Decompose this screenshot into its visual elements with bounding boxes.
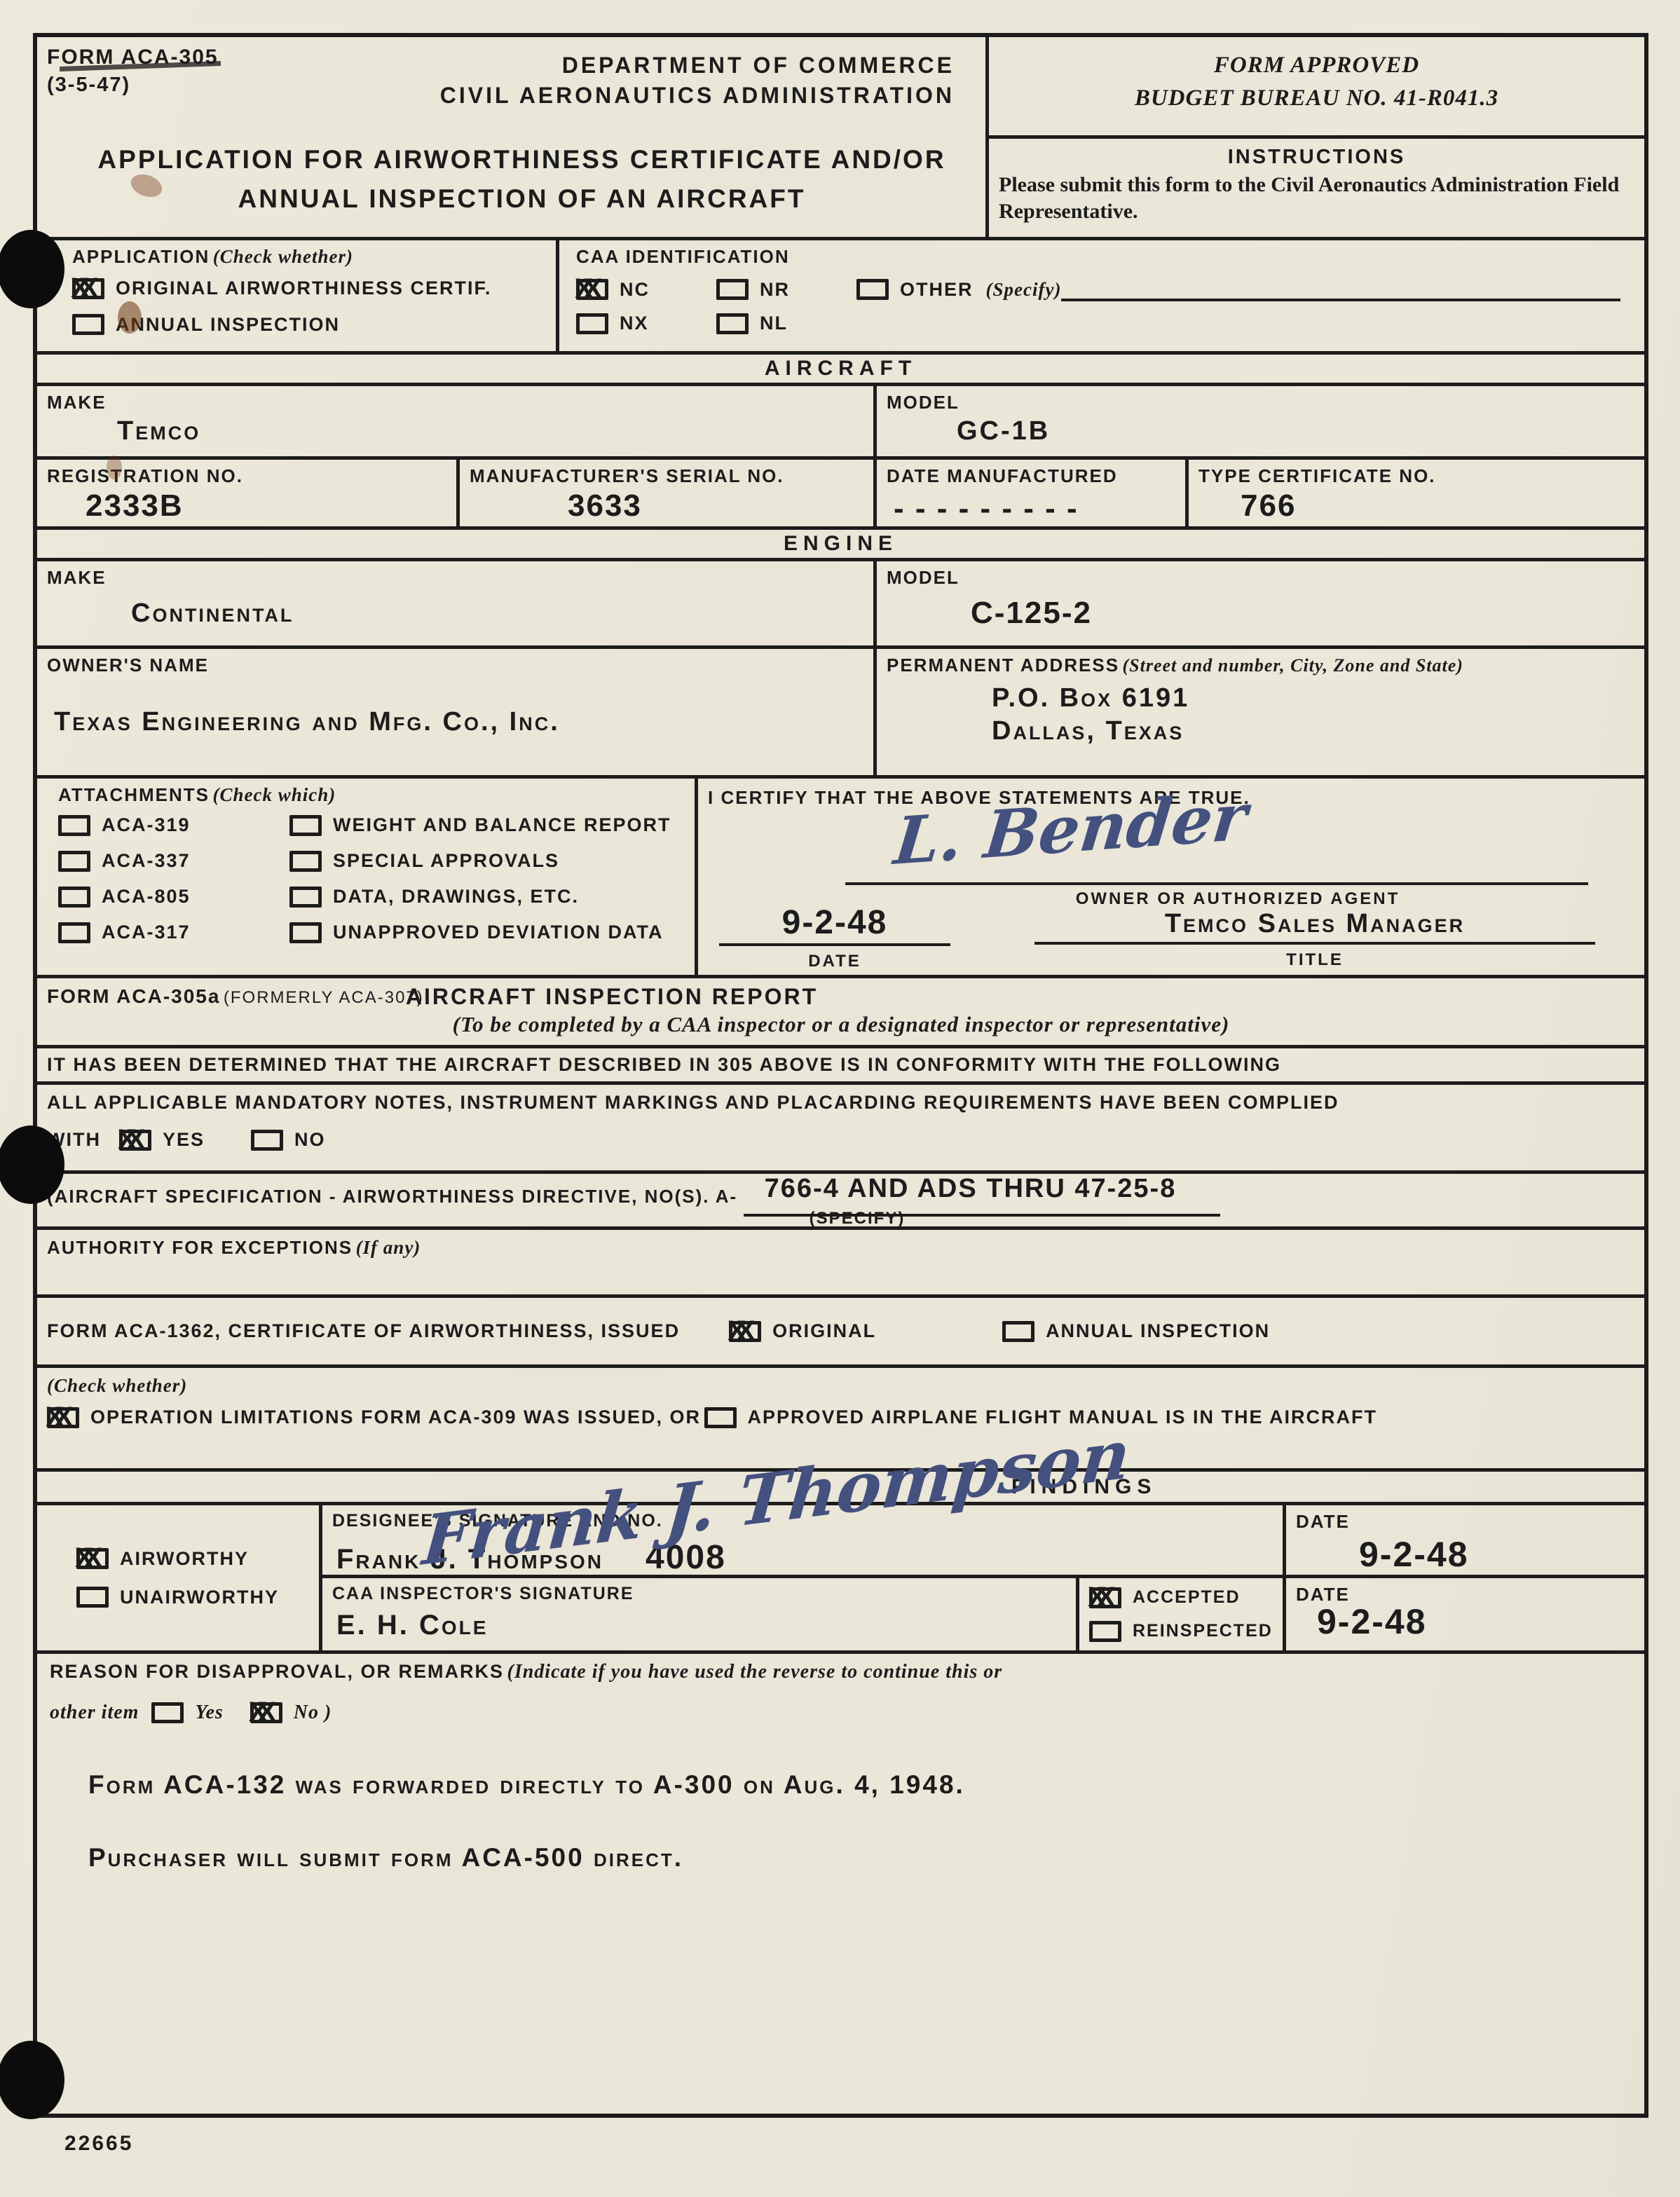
- attachments-label: ATTACHMENTS: [58, 784, 210, 805]
- checkbox-box[interactable]: XX: [47, 1407, 79, 1428]
- header-right: FORM APPROVED BUDGET BUREAU NO. 41-R041.…: [985, 37, 1644, 237]
- date-manufactured-cell: DATE MANUFACTURED - - - - - - - - -: [877, 460, 1189, 526]
- ink-stain: [107, 456, 122, 479]
- checkbox-label: UNAIRWORTHY: [120, 1587, 279, 1608]
- spec-directive-value: 766-4 AND ADS THRU 47-25-8: [765, 1174, 1177, 1203]
- checkbox-issued-original[interactable]: XXORIGINAL: [729, 1320, 876, 1342]
- check-whether-hint: (Check whether): [47, 1375, 1634, 1397]
- checkbox-box[interactable]: XX: [250, 1702, 282, 1723]
- findings-middle: DESIGNEE'S SIGNATURE AND NO. Frank J. Th…: [322, 1505, 1283, 1650]
- checkbox-nr[interactable]: NR: [716, 279, 856, 301]
- serial-value: 3633: [568, 488, 863, 523]
- certify-date-caption: DATE: [719, 952, 950, 971]
- inspection-report-header: FORM ACA-305a (FORMERLY ACA-307) AIRCRAF…: [37, 978, 1644, 1048]
- checkbox-label: NO: [294, 1129, 326, 1151]
- checkbox-operation-limitations[interactable]: XXOPERATION LIMITATIONS FORM ACA-309 WAS…: [47, 1407, 701, 1428]
- inspector-date-cell: DATE 9-2-48: [1286, 1578, 1644, 1650]
- address-line2: Dallas, Texas: [992, 716, 1634, 746]
- aca1362-label: FORM ACA-1362, CERTIFICATE OF AIRWORTHIN…: [47, 1320, 680, 1342]
- checkbox-box[interactable]: [58, 815, 90, 836]
- checkbox-nl[interactable]: NL: [716, 313, 856, 334]
- checkbox-original-airworthiness[interactable]: XX ORIGINAL AIRWORTHINESS CERTIF.: [72, 278, 492, 299]
- engine-make-model-row: MAKE Continental MODEL C-125-2: [37, 561, 1644, 649]
- authority-exceptions-row: AUTHORITY FOR EXCEPTIONS (If any): [37, 1230, 1644, 1298]
- header-left: FORM ACA-305 (3-5-47) DEPARTMENT OF COMM…: [37, 37, 985, 237]
- inspector-signature-cell: CAA INSPECTOR'S SIGNATURE E. H. Cole: [322, 1578, 1076, 1650]
- owner-name-label: OWNER'S NAME: [47, 655, 863, 676]
- inspection-report-subtitle: (To be completed by a CAA inspector or a…: [453, 1012, 1230, 1036]
- application-section: APPLICATION (Check whether) XX ORIGINAL …: [37, 240, 559, 351]
- checkbox-box[interactable]: XX: [576, 279, 608, 300]
- application-caa-row: APPLICATION (Check whether) XX ORIGINAL …: [37, 240, 1644, 355]
- checkbox-aca-337[interactable]: ACA-337: [58, 850, 289, 872]
- engine-section-header: ENGINE: [37, 530, 1644, 561]
- findings-dates: DATE 9-2-48 DATE 9-2-48: [1283, 1505, 1644, 1650]
- checkbox-mark: XX: [1088, 1582, 1105, 1613]
- checkbox-complied-no[interactable]: NO: [251, 1129, 326, 1151]
- remarks-label: REASON FOR DISAPPROVAL, OR REMARKS: [50, 1661, 504, 1682]
- address-line1: P.O. Box 6191: [992, 683, 1634, 713]
- date-manufactured-value: - - - - - - - - -: [894, 491, 1175, 526]
- authority-hint: (If any): [356, 1237, 421, 1258]
- attachments-certify-row: ATTACHMENTS (Check which) ACA-319 ACA-33…: [37, 779, 1644, 978]
- print-serial-number: 22665: [64, 2132, 133, 2156]
- form-title-line2: ANNUAL INSPECTION OF AN AIRCRAFT: [68, 184, 976, 214]
- permanent-address-label: PERMANENT ADDRESS: [887, 655, 1119, 676]
- checkbox-mark: XX: [71, 273, 88, 304]
- instructions-box: INSTRUCTIONS Please submit this form to …: [989, 139, 1644, 237]
- checkbox-box[interactable]: [289, 815, 322, 836]
- punch-hole-bottom: [0, 2041, 64, 2119]
- remarks-hint-close: ): [325, 1702, 332, 1724]
- designee-date-value: 9-2-48: [1359, 1534, 1634, 1575]
- remarks-line1: Form ACA-132 was forwarded directly to A…: [88, 1770, 1632, 1800]
- checkbox-nc[interactable]: XX NC: [576, 279, 716, 301]
- checkbox-label: NC: [620, 279, 650, 301]
- checkbox-label: UNAPPROVED DEVIATION DATA: [333, 922, 664, 943]
- compliance-line1: ALL APPLICABLE MANDATORY NOTES, INSTRUME…: [47, 1092, 1634, 1114]
- checkbox-accepted[interactable]: XXACCEPTED: [1089, 1587, 1273, 1608]
- remarks-hint2: other item: [50, 1702, 139, 1724]
- approved-line2: BUDGET BUREAU NO. 41-R041.3: [999, 85, 1634, 111]
- application-form: FORM ACA-305 (3-5-47) DEPARTMENT OF COMM…: [33, 33, 1648, 2118]
- engine-model-label: MODEL: [887, 567, 1634, 589]
- approved-stamp: FORM APPROVED BUDGET BUREAU NO. 41-R041.…: [989, 37, 1644, 139]
- checkbox-box[interactable]: [576, 313, 608, 334]
- inspector-value: E. H. Cole: [336, 1610, 1066, 1641]
- checkbox-label: OPERATION LIMITATIONS FORM ACA-309 WAS I…: [90, 1407, 701, 1428]
- aircraft-registration-row: REGISTRATION NO. 2333B MANUFACTURER'S SE…: [37, 460, 1644, 530]
- checkbox-box[interactable]: [58, 922, 90, 943]
- checkbox-box[interactable]: [716, 313, 749, 334]
- engine-model-cell: MODEL C-125-2: [877, 561, 1644, 645]
- checkbox-reverse-no[interactable]: XXNo: [250, 1702, 319, 1724]
- checkbox-box[interactable]: XX: [119, 1130, 151, 1151]
- checkbox-label: DATA, DRAWINGS, ETC.: [333, 886, 579, 908]
- serial-cell: MANUFACTURER'S SERIAL NO. 3633: [460, 460, 877, 526]
- certify-title-caption: TITLE: [1034, 950, 1595, 970]
- spec-directive-hint: (SPECIFY): [766, 1209, 948, 1228]
- checkbox-mark: XX: [728, 1315, 745, 1347]
- owner-name-value: Texas Engineering and Mfg. Co., Inc.: [54, 707, 863, 737]
- checkbox-issued-annual[interactable]: ANNUAL INSPECTION: [1002, 1320, 1270, 1342]
- checkbox-label: WEIGHT AND BALANCE REPORT: [333, 814, 671, 836]
- registration-cell: REGISTRATION NO. 2333B: [37, 460, 460, 526]
- application-hint: (Check whether): [213, 246, 353, 267]
- checkbox-complied-yes[interactable]: XXYES: [119, 1129, 205, 1151]
- certify-title-value: Temco Sales Manager: [1034, 909, 1595, 939]
- other-specify-line[interactable]: [1061, 278, 1620, 301]
- checkbox-label: AIRWORTHY: [120, 1548, 249, 1570]
- owner-address-row: OWNER'S NAME Texas Engineering and Mfg. …: [37, 649, 1644, 779]
- checkbox-label: NL: [760, 313, 788, 334]
- type-certificate-label: TYPE CERTIFICATE NO.: [1198, 465, 1634, 487]
- checkbox-box[interactable]: XX: [72, 278, 104, 299]
- instructions-title: INSTRUCTIONS: [999, 146, 1634, 169]
- certify-title-line[interactable]: [1034, 942, 1595, 945]
- checkbox-mark: XX: [249, 1697, 266, 1728]
- designee-date-label: DATE: [1296, 1511, 1634, 1533]
- checkbox-label: ACA-317: [102, 922, 191, 943]
- aircraft-section-header: AIRCRAFT: [37, 355, 1644, 386]
- determined-text: IT HAS BEEN DETERMINED THAT THE AIRCRAFT…: [37, 1054, 1281, 1076]
- checkbox-box[interactable]: [251, 1130, 283, 1151]
- serial-label: MANUFACTURER'S SERIAL NO.: [470, 465, 863, 487]
- checkbox-label: YES: [163, 1129, 205, 1151]
- checkbox-nx[interactable]: NX: [576, 313, 716, 334]
- caa-identification-section: CAA IDENTIFICATION XX NC NR OTHER (Speci…: [559, 240, 1644, 351]
- airworthy-cell: XXAIRWORTHY UNAIRWORTHY: [37, 1505, 322, 1650]
- checkbox-label: OTHER: [900, 279, 974, 301]
- attachments-hint: (Check which): [212, 784, 336, 805]
- aircraft-model-label: MODEL: [887, 392, 1634, 413]
- checkbox-box[interactable]: [856, 279, 889, 300]
- checkbox-label: ACA-337: [102, 850, 191, 872]
- owner-signature-caption: OWNER OR AUTHORIZED AGENT: [992, 889, 1483, 909]
- engine-make-cell: MAKE Continental: [37, 561, 877, 645]
- checkbox-label: ACA-319: [102, 814, 191, 836]
- checkbox-airworthy[interactable]: XXAIRWORTHY: [76, 1548, 309, 1570]
- checkbox-mark: XX: [575, 273, 592, 305]
- checkbox-box[interactable]: [704, 1407, 737, 1428]
- checkbox-box[interactable]: XX: [76, 1548, 109, 1569]
- checkbox-box[interactable]: [58, 851, 90, 872]
- checkbox-label: SPECIAL APPROVALS: [333, 850, 559, 872]
- approved-line1: FORM APPROVED: [999, 53, 1634, 78]
- form-revision: (3-5-47): [47, 74, 219, 97]
- checkbox-box[interactable]: [72, 314, 104, 335]
- checkbox-label: NX: [620, 313, 649, 334]
- checkbox-reinspected[interactable]: REINSPECTED: [1089, 1621, 1273, 1642]
- checkbox-weight-balance[interactable]: WEIGHT AND BALANCE REPORT: [289, 814, 685, 836]
- punch-hole-middle: [0, 1125, 64, 1204]
- checkbox-aca-317[interactable]: ACA-317: [58, 922, 289, 943]
- checkbox-box[interactable]: [58, 887, 90, 908]
- designee-signature-cell: DESIGNEE'S SIGNATURE AND NO. Frank J. Th…: [322, 1505, 1283, 1578]
- checkbox-box[interactable]: [1089, 1621, 1121, 1642]
- ink-stain: [118, 301, 142, 334]
- inspector-row: CAA INSPECTOR'S SIGNATURE E. H. Cole XXA…: [322, 1578, 1283, 1650]
- type-certificate-value: 766: [1241, 488, 1634, 523]
- permanent-address-hint: (Street and number, City, Zone and State…: [1123, 655, 1463, 676]
- inspector-date-value: 9-2-48: [1317, 1601, 1634, 1642]
- aircraft-make-label: MAKE: [47, 392, 863, 413]
- checkbox-label: ORIGINAL AIRWORTHINESS CERTIF.: [116, 278, 492, 299]
- aircraft-make-value: Temco: [117, 416, 863, 446]
- certify-date-line[interactable]: [719, 943, 950, 946]
- aircraft-model-value: GC-1B: [957, 416, 1634, 446]
- certify-date-field: 9-2-48 DATE: [719, 903, 950, 971]
- checkbox-label: NR: [760, 279, 790, 301]
- spec-directive-row: (AIRCRAFT SPECIFICATION - AIRWORTHINESS …: [37, 1174, 1644, 1230]
- permanent-address-cell: PERMANENT ADDRESS (Street and number, Ci…: [877, 649, 1644, 775]
- application-label: APPLICATION: [72, 246, 210, 267]
- checkbox-label: No: [294, 1702, 319, 1724]
- checkbox-label: Yes: [195, 1702, 223, 1724]
- aircraft-make-cell: MAKE Temco: [37, 386, 877, 456]
- findings-table: XXAIRWORTHY UNAIRWORTHY DESIGNEE'S SIGNA…: [37, 1505, 1644, 1654]
- checkbox-box[interactable]: [151, 1702, 184, 1723]
- checkbox-mark: XX: [118, 1124, 135, 1156]
- punch-hole-top: [0, 230, 64, 308]
- authority-label: AUTHORITY FOR EXCEPTIONS: [47, 1237, 353, 1258]
- checkbox-box[interactable]: XX: [1089, 1587, 1121, 1608]
- certify-date-value: 9-2-48: [719, 903, 950, 942]
- checkbox-label: ACA-805: [102, 886, 191, 908]
- aircraft-model-cell: MODEL GC-1B: [877, 386, 1644, 456]
- compliance-row: ALL APPLICABLE MANDATORY NOTES, INSTRUME…: [37, 1085, 1644, 1174]
- engine-make-value: Continental: [131, 598, 863, 629]
- checkbox-reverse-yes[interactable]: Yes: [151, 1702, 223, 1724]
- checkbox-box[interactable]: [289, 887, 322, 908]
- aircraft-make-model-row: MAKE Temco MODEL GC-1B: [37, 386, 1644, 460]
- checkbox-label: ACCEPTED: [1133, 1587, 1241, 1608]
- attachments-section: ATTACHMENTS (Check which) ACA-319 ACA-33…: [37, 779, 698, 975]
- remarks-section: REASON FOR DISAPPROVAL, OR REMARKS (Indi…: [37, 1654, 1644, 2114]
- checkbox-aca-805[interactable]: ACA-805: [58, 886, 289, 908]
- owner-signature-line[interactable]: [845, 882, 1588, 885]
- date-manufactured-label: DATE MANUFACTURED: [887, 465, 1175, 487]
- checkbox-label: REINSPECTED: [1133, 1621, 1273, 1641]
- checkbox-mark: XX: [46, 1402, 63, 1433]
- checkbox-box[interactable]: [289, 851, 322, 872]
- checkbox-unapproved-deviation[interactable]: UNAPPROVED DEVIATION DATA: [289, 922, 685, 943]
- inspection-report-title: AIRCRAFT INSPECTION REPORT: [37, 984, 1187, 1010]
- checkbox-data-drawings[interactable]: DATA, DRAWINGS, ETC.: [289, 886, 685, 908]
- checkbox-box[interactable]: [76, 1587, 109, 1608]
- spec-directive-label: (AIRCRAFT SPECIFICATION - AIRWORTHINESS …: [47, 1186, 737, 1207]
- registration-value: 2333B: [86, 488, 446, 523]
- engine-model-value: C-125-2: [971, 596, 1634, 631]
- checkbox-box[interactable]: XX: [729, 1321, 761, 1342]
- checkbox-label: ANNUAL INSPECTION: [1046, 1320, 1270, 1342]
- other-hint: (Specify): [986, 279, 1062, 301]
- form-header: FORM ACA-305 (3-5-47) DEPARTMENT OF COMM…: [37, 37, 1644, 240]
- checkbox-aca-319[interactable]: ACA-319: [58, 814, 289, 836]
- checkbox-annual-inspection[interactable]: ANNUAL INSPECTION: [72, 314, 340, 336]
- owner-name-cell: OWNER'S NAME Texas Engineering and Mfg. …: [37, 649, 877, 775]
- certification-section: I CERTIFY THAT THE ABOVE STATEMENTS ARE …: [698, 779, 1644, 975]
- type-certificate-cell: TYPE CERTIFICATE NO. 766: [1189, 460, 1644, 526]
- remarks-line2: Purchaser will submit form ACA-500 direc…: [88, 1843, 1632, 1873]
- checkbox-box[interactable]: [1002, 1321, 1034, 1342]
- designee-date-cell: DATE 9-2-48: [1286, 1505, 1644, 1578]
- accepted-cell: XXACCEPTED REINSPECTED: [1076, 1578, 1283, 1650]
- engine-make-label: MAKE: [47, 567, 863, 589]
- form-title-line1: APPLICATION FOR AIRWORTHINESS CERTIFICAT…: [68, 145, 976, 174]
- checkbox-special-approvals[interactable]: SPECIAL APPROVALS: [289, 850, 685, 872]
- checkbox-box[interactable]: [289, 922, 322, 943]
- determined-row: IT HAS BEEN DETERMINED THAT THE AIRCRAFT…: [37, 1048, 1644, 1085]
- checkbox-unairworthy[interactable]: UNAIRWORTHY: [76, 1587, 309, 1608]
- certify-title-field: Temco Sales Manager TITLE: [1034, 909, 1595, 970]
- checkbox-label: ANNUAL INSPECTION: [116, 314, 340, 336]
- checkbox-label: ORIGINAL: [772, 1320, 876, 1342]
- instructions-body: Please submit this form to the Civil Aer…: [999, 172, 1634, 224]
- checkbox-other[interactable]: OTHER (Specify): [856, 279, 1061, 301]
- checkbox-mark: XX: [75, 1542, 93, 1574]
- inspector-label: CAA INSPECTOR'S SIGNATURE: [332, 1584, 1066, 1604]
- aca1362-row: FORM ACA-1362, CERTIFICATE OF AIRWORTHIN…: [37, 1298, 1644, 1368]
- caa-identification-label: CAA IDENTIFICATION: [576, 246, 1634, 268]
- checkbox-box[interactable]: [716, 279, 749, 300]
- remarks-hint: (Indicate if you have used the reverse t…: [507, 1661, 1003, 1683]
